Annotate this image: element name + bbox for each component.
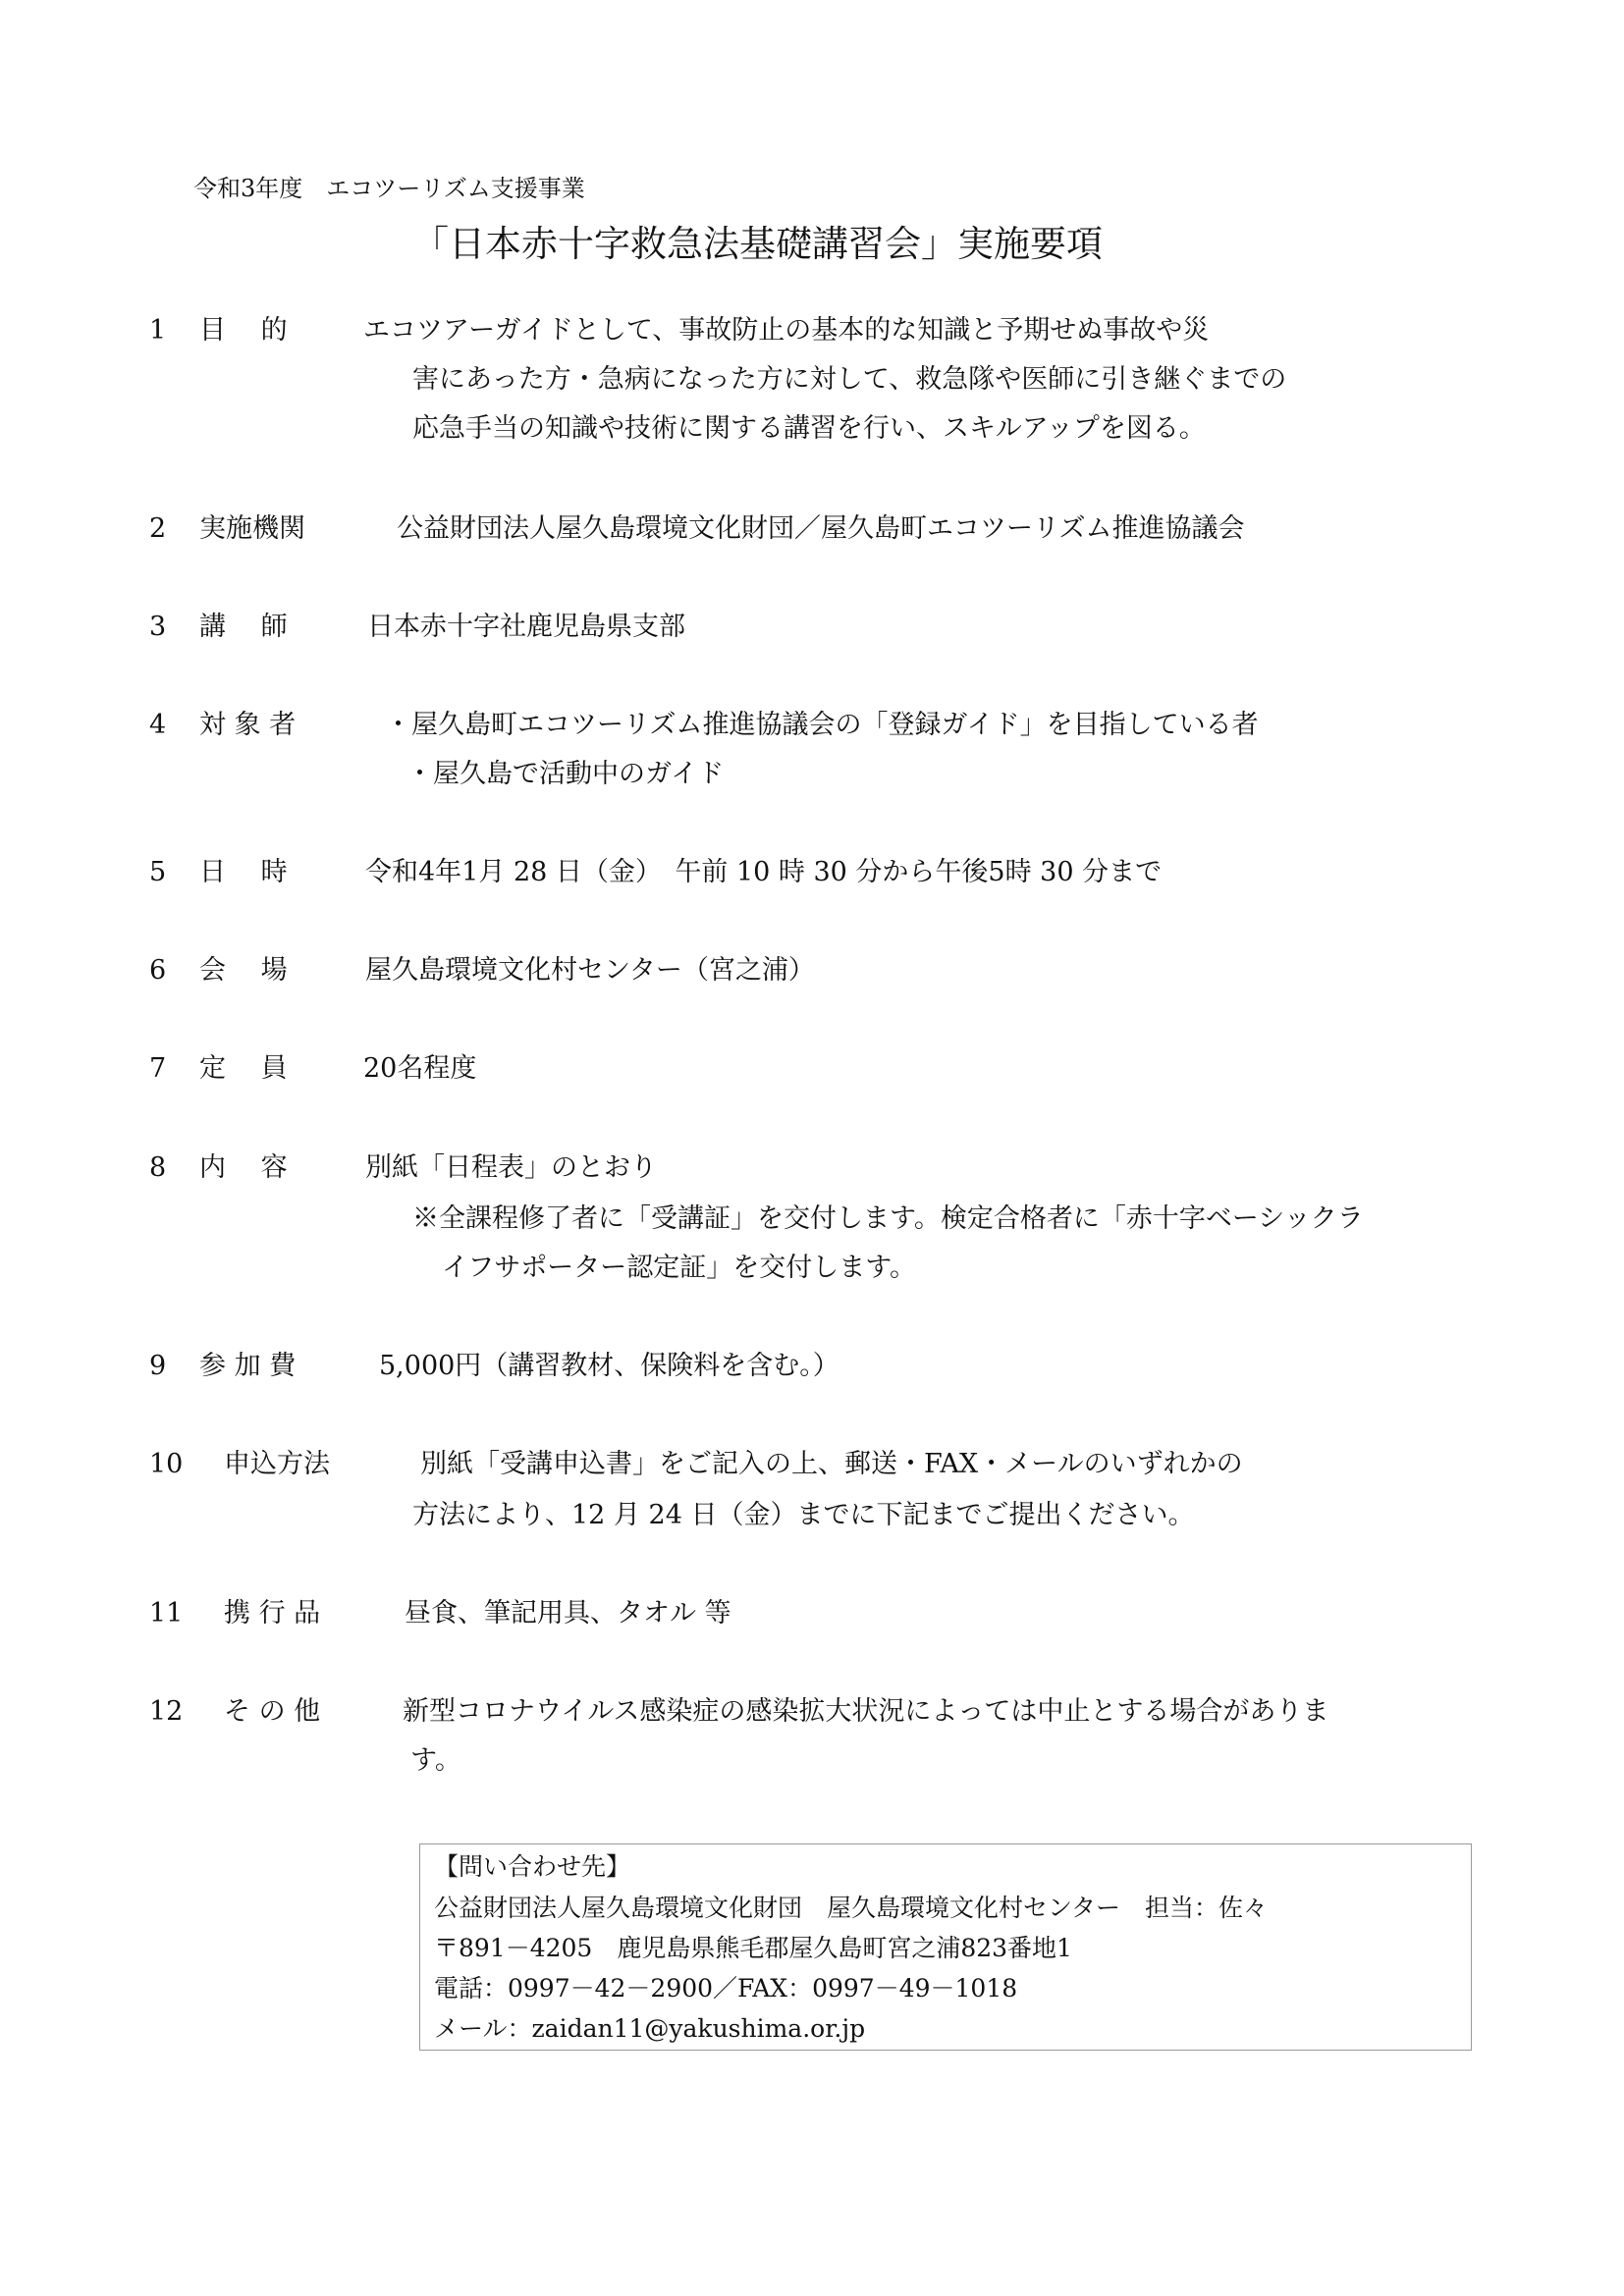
contact-phone-fax: 電話：0997－42－2900／FAX：0997－49－1018 bbox=[434, 1976, 1017, 2001]
section-number: 4 bbox=[149, 712, 166, 738]
section-content-continued: 応急手当の知識や技術に関する講習を行い、スキルアップを図る。 bbox=[412, 415, 1206, 442]
section-content: 5,000円（講習教材、保険料を含む。） bbox=[379, 1353, 839, 1379]
section-content-continued: ・屋久島で活動中のガイド bbox=[406, 761, 724, 787]
section-content: 別紙「受講申込書」をご記入の上、郵送・FAX・メールのいずれかの bbox=[420, 1451, 1243, 1477]
section-content: エコツアーガイドとして、事故防止の基本的な知識と予期せぬ事故や災 bbox=[363, 317, 1209, 344]
section-content-note: ※全課程修了者に「受講証」を交付します。検定合格者に「赤十字ベーシックラ bbox=[412, 1205, 1364, 1232]
section-label: 会 場 bbox=[199, 957, 288, 984]
section-number: 12 bbox=[149, 1698, 183, 1725]
section-label: 参 加 費 bbox=[199, 1353, 296, 1379]
contact-heading: 【問い合わせ先】 bbox=[434, 1854, 630, 1879]
section-content: 屋久島環境文化村センター（宮之浦） bbox=[365, 957, 815, 984]
section-label: 実施機関 bbox=[199, 515, 305, 542]
section-number: 8 bbox=[149, 1154, 166, 1181]
section-number: 7 bbox=[149, 1055, 166, 1082]
contact-email[interactable]: メール：zaidan11@yakushima.or.jp bbox=[434, 2016, 865, 2041]
contact-info-box: 【問い合わせ先】 公益財団法人屋久島環境文化財団 屋久島環境文化村センター 担当… bbox=[419, 1843, 1472, 2051]
section-label: 携 行 品 bbox=[224, 1600, 320, 1627]
section-content: ・屋久島町エコツーリズム推進協議会の「登録ガイド」を目指している者 bbox=[385, 712, 1259, 738]
section-label: そ の 他 bbox=[224, 1698, 320, 1725]
section-number: 6 bbox=[149, 957, 166, 984]
section-label: 日 時 bbox=[199, 859, 288, 885]
section-number: 3 bbox=[149, 614, 166, 640]
section-content: 20名程度 bbox=[363, 1055, 476, 1082]
section-number: 11 bbox=[149, 1600, 183, 1627]
section-label: 講 師 bbox=[199, 614, 288, 640]
section-content: 別紙「日程表」のとおり bbox=[365, 1154, 657, 1181]
section-number: 9 bbox=[149, 1353, 166, 1379]
document-subtitle: 令和3年度 エコツーリズム支援事業 bbox=[193, 169, 585, 203]
section-content-note-continued: イフサポーター認定証」を交付します。 bbox=[442, 1255, 916, 1281]
section-number: 5 bbox=[149, 859, 166, 885]
section-label: 定 員 bbox=[199, 1055, 288, 1082]
section-label: 申込方法 bbox=[224, 1451, 330, 1477]
contact-address: 〒891－4205 鹿児島県熊毛郡屋久島町宮之浦823番地1 bbox=[434, 1936, 1072, 1960]
document-page: 令和3年度 エコツーリズム支援事業 「日本赤十字救急法基礎講習会」実施要項 1 … bbox=[0, 0, 1624, 2296]
section-content: 令和4年1月 28 日（金） 午前 10 時 30 分から午後5時 30 分まで bbox=[365, 859, 1162, 885]
section-content-continued: す。 bbox=[410, 1747, 461, 1774]
contact-organization: 公益財団法人屋久島環境文化財団 屋久島環境文化村センター 担当：佐々 bbox=[434, 1896, 1268, 1920]
section-content: 公益財団法人屋久島環境文化財団／屋久島町エコツーリズム推進協議会 bbox=[397, 515, 1244, 542]
section-content: 昼食、筆記用具、タオル 等 bbox=[405, 1600, 731, 1627]
section-content: 新型コロナウイルス感染症の感染拡大状況によっては中止とする場合がありま bbox=[403, 1698, 1328, 1725]
section-number: 1 bbox=[149, 317, 166, 344]
section-label: 目 的 bbox=[199, 317, 288, 344]
section-content: 日本赤十字社鹿児島県支部 bbox=[367, 614, 685, 640]
section-number: 10 bbox=[149, 1451, 183, 1477]
section-number: 2 bbox=[149, 515, 166, 542]
section-content-continued: 害にあった方・急病になった方に対して、救急隊や医師に引き継ぐまでの bbox=[412, 366, 1286, 393]
section-label: 内 容 bbox=[199, 1154, 288, 1181]
section-content-continued: 方法により、12 月 24 日（金）までに下記までご提出ください。 bbox=[412, 1502, 1194, 1528]
section-label: 対 象 者 bbox=[199, 712, 296, 738]
document-title: 「日本赤十字救急法基礎講習会」実施要項 bbox=[412, 214, 1103, 267]
